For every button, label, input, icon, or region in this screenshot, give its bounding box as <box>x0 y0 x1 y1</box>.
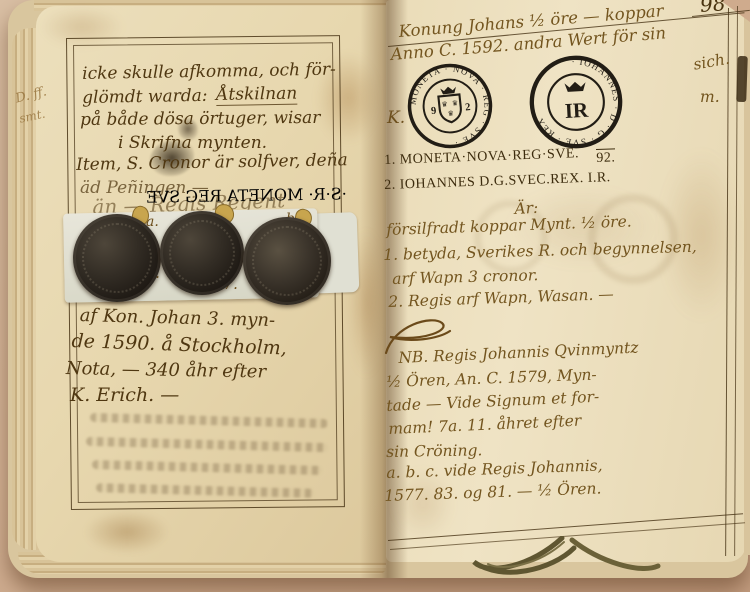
left-lower-line: Nota, — 340 åhr efter <box>66 358 267 382</box>
stamp-monogram: IR <box>564 98 589 123</box>
small-crown-icon: ♛ <box>451 98 458 108</box>
stamp-outer-ring <box>406 62 495 151</box>
small-crown-icon: ♛ <box>441 99 448 109</box>
stamp-digit-left: 9 <box>431 106 437 117</box>
right-margin-k: K. <box>387 108 405 128</box>
left-text-line: i Skrifna mynten. <box>118 133 267 153</box>
right-nb-line: sin Cröning. <box>386 441 483 461</box>
coin-2 <box>160 211 244 295</box>
left-text-line: på både dösa örtuger, wisar <box>80 108 320 130</box>
binding-threads <box>444 536 668 592</box>
small-crown-icon: ♛ <box>447 108 454 118</box>
coin-relief <box>252 226 322 296</box>
show-through-caps: ·S·R· MONETA REG SVE <box>146 184 347 207</box>
left-text-line-underlined: Åtskilnan <box>216 84 297 106</box>
coin-relief <box>169 220 235 286</box>
page-number: 98 <box>699 0 726 17</box>
right-margin-word: m. <box>700 88 720 106</box>
coin-stamp-iohannes: · IOHANNES · D · G · SVE · REX IR <box>526 52 627 153</box>
coin-1 <box>73 214 161 302</box>
stamp-digit-right: 2 <box>465 102 471 113</box>
manuscript-photo: D. ff. smt. icke skulle afkomma, och för… <box>0 0 750 592</box>
moneta-caption-year: 92. <box>596 148 616 167</box>
coin-relief <box>82 223 152 293</box>
left-lower-line: K. Erich. — <box>70 384 179 406</box>
coin-stamp-moneta-nova: MONETA · NOVA · REG · SVE · ♛ ♛ ♛ 9 2 <box>402 58 499 155</box>
right-body-line: arf Wapn 3 cronor. <box>392 266 539 288</box>
fore-edge-mark <box>736 56 748 102</box>
coin-3 <box>243 217 331 305</box>
crown-icon <box>440 86 456 95</box>
stamp-legend: MONETA · NOVA · REG · SVE · <box>404 59 497 152</box>
crown-icon <box>564 81 586 92</box>
left-text-line: glömdt warda: <box>82 86 208 108</box>
